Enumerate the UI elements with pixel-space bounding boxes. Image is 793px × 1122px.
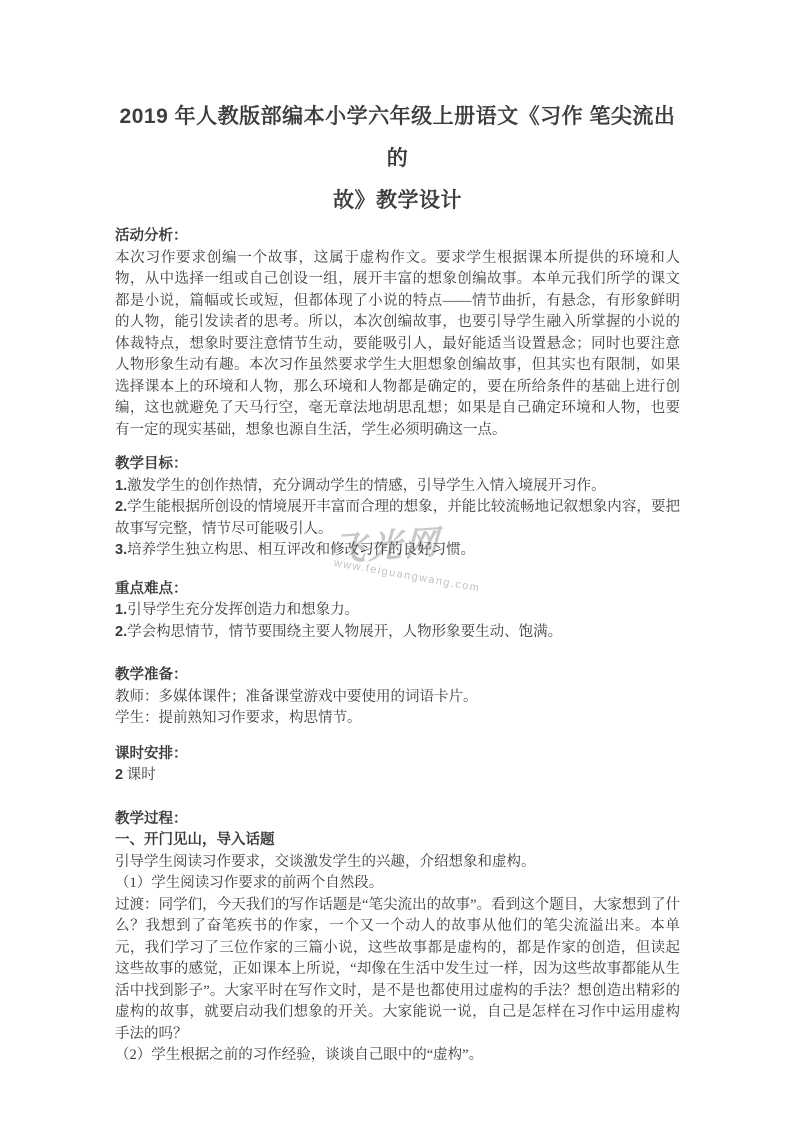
teaching-process-step-title: 一、开门见山，导入话题 <box>115 830 680 852</box>
activity-analysis-heading: 活动分析： <box>115 226 680 248</box>
key-point-item-2: 2.学会构思情节，情节要围绕主要人物展开，人物形象要生动、饱满。 <box>115 622 680 644</box>
class-schedule-duration: 2 课时 <box>115 765 680 787</box>
document-title: 2019 年人教版部编本小学六年级上册语文《习作 笔尖流出的 故》教学设计 <box>115 96 680 222</box>
preparation-student-line: 学生：提前熟知习作要求，构思情节。 <box>115 708 680 730</box>
teaching-process-item-2: （2）学生根据之前的习作经验，谈谈自己眼中的“虚构”。 <box>115 1045 680 1067</box>
class-schedule-heading: 课时安排： <box>115 744 680 766</box>
section-class-schedule: 课时安排： 2 课时 <box>115 744 680 787</box>
section-teaching-preparation: 教学准备： 教师：多媒体课件；准备课堂游戏中要使用的词语卡片。 学生：提前熟知习… <box>115 665 680 730</box>
section-teaching-process: 教学过程： 一、开门见山，导入话题 引导学生阅读习作要求，交谈激发学生的兴趣，介… <box>115 809 680 1067</box>
document-page: 飞光网 www.feiguangwang.com 2019 年人教版部编本小学六… <box>0 0 793 1122</box>
teaching-objectives-heading: 教学目标： <box>115 454 680 476</box>
teaching-preparation-heading: 教学准备： <box>115 665 680 687</box>
activity-analysis-body: 本次习作要求创编一个故事，这属于虚构作文。要求学生根据课本所提供的环境和人物，从… <box>115 248 680 442</box>
teaching-process-intro: 引导学生阅读习作要求，交谈激发学生的兴趣，介绍想象和虚构。 <box>115 852 680 874</box>
section-key-points: 重点难点： 1.引导学生充分发挥创造力和想象力。 2.学会构思情节，情节要围绕主… <box>115 579 680 644</box>
document-title-line-1: 2019 年人教版部编本小学六年级上册语文《习作 笔尖流出的 <box>115 96 680 180</box>
key-point-item-1: 1.引导学生充分发挥创造力和想象力。 <box>115 600 680 622</box>
objective-item-3: 3.培养学生独立构思、相互评改和修改习作的良好习惯。 <box>115 540 680 562</box>
objective-item-2: 2.学生能根据所创设的情境展开丰富而合理的想象，并能比较流畅地记叙想象内容，要把… <box>115 497 680 540</box>
objective-item-1: 1.激发学生的创作热情，充分调动学生的情感，引导学生入情入境展开习作。 <box>115 476 680 498</box>
teaching-process-heading: 教学过程： <box>115 809 680 831</box>
preparation-teacher-line: 教师：多媒体课件；准备课堂游戏中要使用的词语卡片。 <box>115 687 680 709</box>
teaching-process-transition: 过渡：同学们，今天我们的写作话题是“笔尖流出的故事”。看到这个题目，大家想到了什… <box>115 895 680 1046</box>
teaching-process-item-1: （1）学生阅读习作要求的前两个自然段。 <box>115 873 680 895</box>
key-points-heading: 重点难点： <box>115 579 680 601</box>
section-teaching-objectives: 教学目标： 1.激发学生的创作热情，充分调动学生的情感，引导学生入情入境展开习作… <box>115 454 680 562</box>
section-activity-analysis: 活动分析： 本次习作要求创编一个故事，这属于虚构作文。要求学生根据课本所提供的环… <box>115 226 680 441</box>
document-content: 2019 年人教版部编本小学六年级上册语文《习作 笔尖流出的 故》教学设计 活动… <box>115 96 680 1067</box>
document-title-line-2: 故》教学设计 <box>115 180 680 222</box>
